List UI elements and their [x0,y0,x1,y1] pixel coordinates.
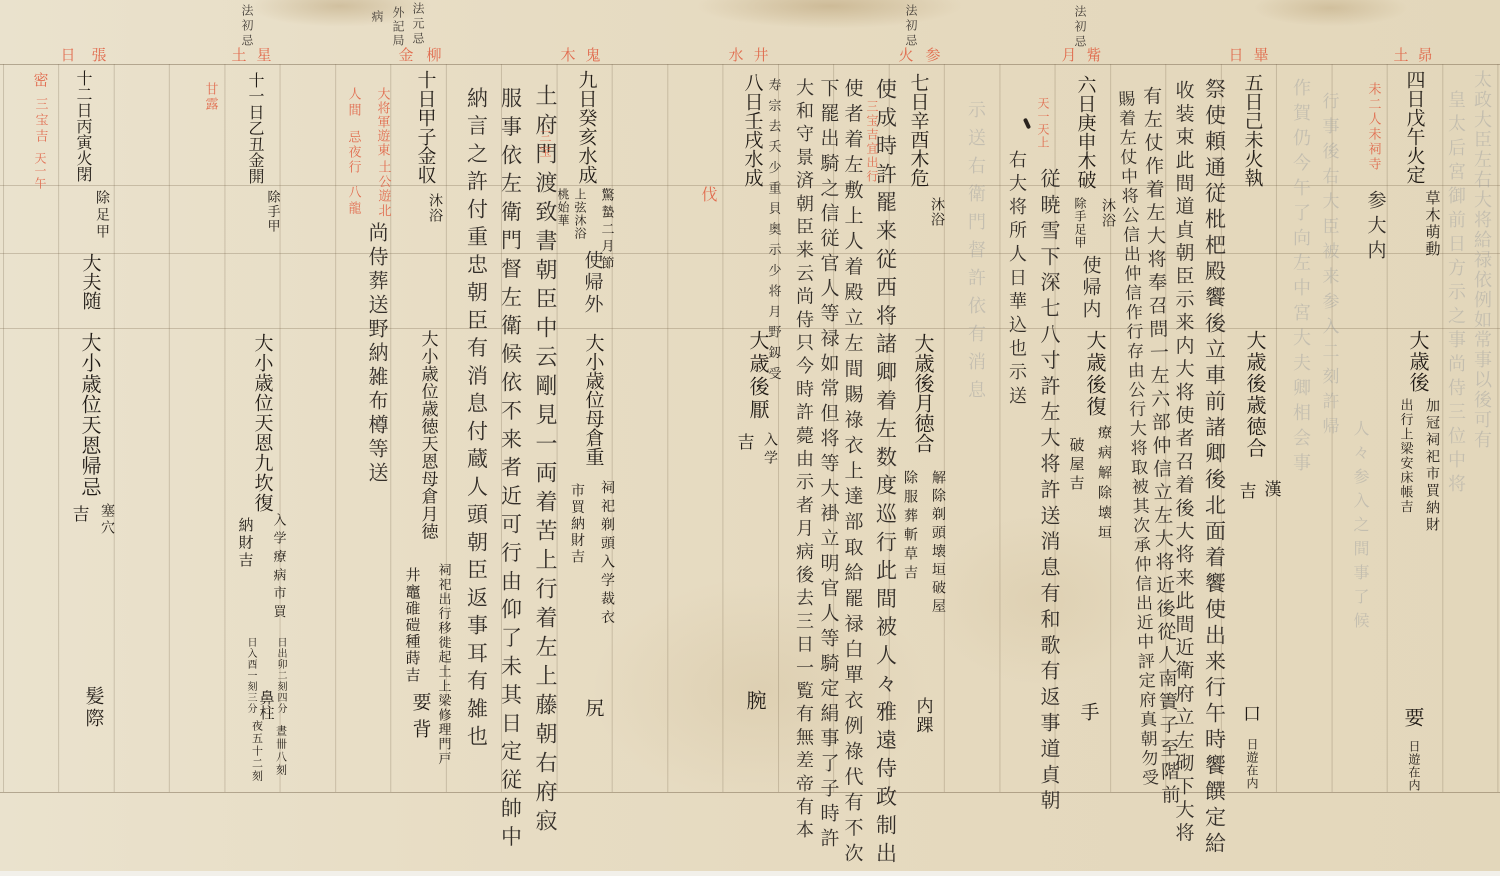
diary-line: 右大将所人日華込也示送 [1007,150,1025,410]
weekday-label: 木 [560,47,575,62]
fortune-line: 大歳後復 [1085,330,1105,418]
red-annotation: 甘露 [204,82,217,112]
weekday-label: 土 [231,47,246,62]
date-heading: 十日甲子金収 [416,70,435,184]
diary-line: 使者着左敷上人着殿立左間賜祿衣上達部取給罷禄白單衣例祿代有不次 [843,78,862,869]
show-through-text: 太政大臣左右大将給禄依例如常事以後可有 [1472,70,1490,450]
diary-line: 下罷出騎之信従官人等禄如常但将等大褂立明官人等騎定絹事了子時許 [819,78,838,853]
mansion-label: 星 [256,47,271,62]
body-part: 要 [1403,707,1423,727]
red-annotation: 大将軍遊東 [376,87,389,157]
body-note: 日遊在内 [1246,738,1258,790]
fortune-line: 大歳後月徳合 [913,333,933,453]
body-part: 髪際 [84,686,103,730]
row-rule [0,253,1500,254]
fortune-note: 出行上梁安床帳吉 [1399,398,1412,514]
diary-note: 使帰内 [1081,255,1100,321]
body-part: 腕 [745,690,765,710]
fortune-note: 加冠祠祀市買納財 [1425,398,1439,534]
red-annotation: 密 [33,72,48,87]
red-annotation: 三宝 [539,130,551,160]
top-margin-note: 病 [371,10,383,22]
sunset-time: 日入酉一刻三分 [245,637,255,714]
weekday-label: 日 [1228,47,1243,62]
date-heading: 七日辛酉木危 [909,73,928,187]
night-length: 夜五十二刻 [252,720,263,783]
mansion-label: 觜 [1086,47,1101,62]
show-through-text: 示送右衛門督許依有消息 [966,100,984,408]
header-rule [0,64,1500,65]
diary-line: 服事依左衛門督左衛候依不来者近可行由仰了未其日定従帥中 [500,87,521,854]
weekday-label: 日 [60,47,75,62]
date-heading: 四日戊午火定 [1405,70,1424,184]
show-through-text: 皇太后宮御前日方示之事尚侍三位中将 [1446,90,1464,498]
date-heading: 五日己未火執 [1243,73,1262,187]
fortune-note: 市買納財吉 [570,483,584,566]
day-length: 晝卌八刻 [276,725,287,777]
fortune-note: 解除剃頭壊垣破屋 [931,470,945,617]
diary-line: 土府門渡致書朝臣中云剛見一両着苦上行着左上藤朝右府寂 [533,84,555,838]
body-note: 日遊在内 [1408,740,1420,792]
diary-line: 尚侍葬送野納雑布樽等送 [367,222,387,486]
fortune-note: 除服葬斬草吉 [903,470,917,584]
diary-line: 従暁雪下深七八寸許左大将許送消息有和歌有返事道貞朝 [1039,168,1059,816]
red-annotation: 八龍 [347,185,360,217]
fortune-line: 大小歳位天恩九坎復 [253,333,272,513]
red-annotation: 人間 [347,87,360,119]
fortune-line: 大小歳位歳徳天恩母倉月徳 [419,330,436,540]
mansion-label: 柳 [426,47,441,62]
red-annotation: 天一午 [34,152,46,190]
diary-note: 使帰外 [583,250,602,316]
weekday-label: 土 [1393,47,1408,62]
fortune-note: 吉 [70,505,87,522]
bottom-rule [0,792,1500,793]
date-heading: 九日癸亥水成 [577,70,596,184]
fortune-note: 祠祀剃頭入学裁衣 [600,480,614,628]
mansion-label: 張 [91,47,106,62]
mansion-label: 参 [925,47,940,62]
fortune-note: 祠祀出行移徙起土上梁修理門戸 [437,563,450,766]
fortune-note: 吉 [1237,482,1254,499]
sub-note: 除手甲 [266,190,279,234]
top-margin-note: 法初忌 [1074,5,1086,50]
weekday-label: 水 [728,47,743,62]
fortune-note: 塞穴 [100,503,114,537]
fortune-line: 大小歳位母倉重 [584,333,603,466]
red-annotation: 忌夜行 [347,130,360,175]
body-part: 鼻柱 [259,690,274,720]
red-annotation: 土公遊北 [377,160,390,218]
fortune-note: 漢 [1262,480,1279,497]
date-heading: 十一日乙丑金開 [247,72,263,184]
inline-note: 大夫随 [81,253,100,310]
body-part: 尻 [584,698,603,717]
body-part: 内踝 [914,697,931,735]
seasonal-note: 草木萌動 [1425,190,1440,258]
top-margin-note: 法初忌 [241,4,253,49]
fortune-note: 破屋吉 [1069,437,1084,494]
sub-note: 上弦沐浴 [574,188,586,240]
red-annotation: 三宝吉宜出行 [866,100,878,184]
sub-note: 除手足甲 [1074,197,1086,249]
top-margin-note: 外記局 [392,6,404,48]
show-through-text: 行事後右大臣被来参入二刻許帰 [1320,92,1337,442]
seasonal-note: 桃始華 [557,188,569,227]
body-part: 口 [1241,704,1259,722]
fortune-note: 井竈碓磑種蒔吉 [405,567,420,683]
fortune-line: 大歳後厭 [748,330,768,422]
weekday-label: 金 [398,47,413,62]
sub-note: 沐浴 [428,193,442,223]
red-annotation: 天一天上 [1037,97,1049,149]
mansion-label: 畢 [1253,47,1268,62]
top-margin-note: 法元忌 [412,2,424,47]
date-heading: 八日壬戌水成 [743,73,762,187]
red-annotation: 三宝吉 [34,97,47,145]
diary-line: 納言之許付重忠朝臣有消息付蔵人頭朝臣返事耳有雑也 [466,87,487,753]
scan-edge [0,871,1500,876]
sub-note: 沐浴 [930,197,944,227]
weekday-label: 火 [898,47,913,62]
fortune-line: 大小歳位天恩帰忌 [80,332,100,497]
fortune-line: 大歳後歳徳合 [1245,330,1265,459]
date-heading: 六日庚申木破 [1076,75,1095,189]
diary-line: 祭使頼通従枇杷殿饗後立車前諸卿後北面着饗使出来行午時饗饌定給 [1204,78,1225,858]
sunrise-time: 日出卯二刻四分 [275,637,285,714]
body-part: 手 [1079,702,1098,721]
fortune-note: 入学療病市買 [272,513,285,623]
mansion-label: 井 [753,47,768,62]
sub-note: 沐浴 [1101,198,1115,228]
fortune-note: 入学 [763,432,777,468]
red-annotation: 未二人未祠寺 [1367,82,1380,172]
row-rule [0,328,1500,329]
diary-line: 使成時許罷来従西将諸卿着左数度巡行此間被人々雅遠侍政制出 [875,78,896,870]
fortune-note: 療病解除壊垣 [1097,425,1111,545]
mansion-label: 昴 [1417,47,1432,62]
diary-line: 大和守景済朝臣来云尚侍只今時許薨由示者月病後去三日一覧有無差帝有本 [794,78,812,844]
date-heading: 十二日丙寅火閉 [75,70,91,182]
diary-note: 参大内 [1366,190,1385,265]
fortune-line: 大歳後 [1408,330,1428,393]
sub-note: 除足甲 [95,190,109,241]
fortune-note: 吉 [735,433,752,450]
mansion-label: 鬼 [585,47,600,62]
top-margin-note: 法初忌 [905,4,917,49]
show-through-text: 作賀仍今午了向左中宮大夫卿相会事 [1291,78,1309,478]
show-through-text: 人々参入之間事了候 [1352,420,1368,636]
body-part: 要背 [411,692,430,746]
fortune-note: 納財吉 [238,517,253,570]
red-annotation: 伐 [700,186,716,202]
